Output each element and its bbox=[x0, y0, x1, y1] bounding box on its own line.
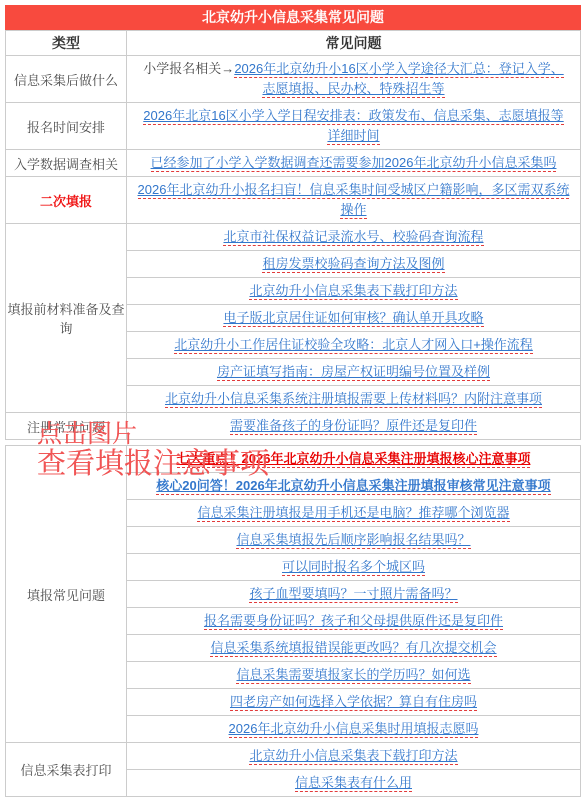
question-link[interactable]: 2026年北京幼升小报名扫盲！信息采集时间受城区户籍影响，多区需双系统操作 bbox=[138, 182, 570, 219]
question-link[interactable]: 信息采集表有什么用 bbox=[295, 775, 412, 792]
category-cell: 二次填报 bbox=[6, 177, 127, 224]
faq-table-upper: 类型 常见问题 信息采集后做什么小学报名相关→2026年北京幼升小16区小学入学… bbox=[5, 30, 581, 440]
question-link[interactable]: 北京幼升小信息采集系统注册填报需要上传材料吗？内附注意事项 bbox=[165, 391, 542, 408]
question-cell: 租房发票校验码查询方法及图例 bbox=[127, 251, 581, 278]
column-header-type: 类型 bbox=[6, 31, 127, 56]
question-cell: 2026年北京幼升小报名扫盲！信息采集时间受城区户籍影响，多区需双系统操作 bbox=[127, 177, 581, 224]
question-link[interactable]: 信息采集系统填报错误能更改吗？有几次提交机会 bbox=[210, 640, 496, 657]
faq-row: 入学数据调查相关已经参加了小学入学数据调查还需要参加2026年北京幼升小信息采集… bbox=[6, 150, 581, 177]
question-link[interactable]: 信息采集需要填报家长的学历吗？如何选 bbox=[236, 667, 470, 684]
question-link[interactable]: 北京市社保权益记录流水号、校验码查询流程 bbox=[223, 229, 483, 246]
question-cell: 北京幼升小工作居住证校验全攻略：北京人才网入口+操作流程 bbox=[127, 332, 581, 359]
question-cell: 2026年北京幼升小信息采集时用填报志愿吗 bbox=[127, 716, 581, 743]
question-cell: 报名需要身份证吗？孩子和父母提供原件还是复印件 bbox=[127, 608, 581, 635]
question-cell: 七大重点！2026年北京幼升小信息采集注册填报核心注意事项 bbox=[127, 446, 581, 473]
question-link[interactable]: 信息采集填报先后顺序影响报名结果吗？ bbox=[236, 532, 470, 549]
question-prefix: 小学报名相关→ bbox=[143, 61, 234, 76]
question-cell: 信息采集填报先后顺序影响报名结果吗？ bbox=[127, 527, 581, 554]
question-cell: 需要准备孩子的身份证吗？原件还是复印件 bbox=[127, 413, 581, 440]
faq-row: 信息采集表打印北京幼升小信息采集表下载打印方法 bbox=[6, 743, 581, 770]
question-cell: 信息采集表有什么用 bbox=[127, 770, 581, 797]
question-cell: 北京幼升小信息采集表下载打印方法 bbox=[127, 278, 581, 305]
question-link[interactable]: 2026年北京16区小学入学日程安排表：政策发布、信息采集、志愿填报等详细时间 bbox=[143, 108, 563, 145]
question-cell: 可以同时报名多个城区吗 bbox=[127, 554, 581, 581]
question-link[interactable]: 房产证填写指南：房屋产权证明编号位置及样例 bbox=[217, 364, 490, 381]
faq-table-body-lower: 填报常见问题七大重点！2026年北京幼升小信息采集注册填报核心注意事项核心20问… bbox=[6, 446, 581, 797]
faq-row: 报名时间安排2026年北京16区小学入学日程安排表：政策发布、信息采集、志愿填报… bbox=[6, 103, 581, 150]
header-row: 类型 常见问题 bbox=[6, 31, 581, 56]
question-link[interactable]: 七大重点！2026年北京幼升小信息采集注册填报核心注意事项 bbox=[177, 451, 531, 468]
question-cell: 孩子血型要填吗？一寸照片需备吗？ bbox=[127, 581, 581, 608]
question-cell: 信息采集注册填报是用手机还是电脑？推荐哪个浏览器 bbox=[127, 500, 581, 527]
question-cell: 2026年北京16区小学入学日程安排表：政策发布、信息采集、志愿填报等详细时间 bbox=[127, 103, 581, 150]
question-link[interactable]: 已经参加了小学入学数据调查还需要参加2026年北京幼升小信息采集吗 bbox=[151, 155, 557, 172]
faq-table-lower: 填报常见问题七大重点！2026年北京幼升小信息采集注册填报核心注意事项核心20问… bbox=[5, 445, 581, 797]
question-link[interactable]: 北京幼升小工作居住证校验全攻略：北京人才网入口+操作流程 bbox=[174, 337, 533, 354]
question-link[interactable]: 报名需要身份证吗？孩子和父母提供原件还是复印件 bbox=[204, 613, 503, 630]
question-link[interactable]: 需要准备孩子的身份证吗？原件还是复印件 bbox=[230, 418, 477, 435]
question-link[interactable]: 四老房产如何选择入学依据？算自有住房吗 bbox=[230, 694, 477, 711]
question-link[interactable]: 电子版北京居住证如何审核？确认单开具攻略 bbox=[223, 310, 483, 327]
question-cell: 房产证填写指南：房屋产权证明编号位置及样例 bbox=[127, 359, 581, 386]
question-cell: 电子版北京居住证如何审核？确认单开具攻略 bbox=[127, 305, 581, 332]
column-header-question: 常见问题 bbox=[127, 31, 581, 56]
category-cell: 填报前材料准备及查询 bbox=[6, 224, 127, 413]
question-link[interactable]: 北京幼升小信息采集表下载打印方法 bbox=[249, 283, 457, 300]
category-cell: 注册常见问题 bbox=[6, 413, 127, 440]
category-cell: 信息采集表打印 bbox=[6, 743, 127, 797]
category-cell: 填报常见问题 bbox=[6, 446, 127, 743]
faq-row: 注册常见问题需要准备孩子的身份证吗？原件还是复印件 bbox=[6, 413, 581, 440]
question-link[interactable]: 信息采集注册填报是用手机还是电脑？推荐哪个浏览器 bbox=[197, 505, 509, 522]
question-link[interactable]: 北京幼升小信息采集表下载打印方法 bbox=[249, 748, 457, 765]
question-cell: 北京幼升小信息采集系统注册填报需要上传材料吗？内附注意事项 bbox=[127, 386, 581, 413]
faq-row: 填报前材料准备及查询北京市社保权益记录流水号、校验码查询流程 bbox=[6, 224, 581, 251]
faq-table-header: 类型 常见问题 bbox=[6, 31, 581, 56]
question-link[interactable]: 租房发票校验码查询方法及图例 bbox=[262, 256, 444, 273]
faq-row: 二次填报2026年北京幼升小报名扫盲！信息采集时间受城区户籍影响，多区需双系统操… bbox=[6, 177, 581, 224]
faq-row: 填报常见问题七大重点！2026年北京幼升小信息采集注册填报核心注意事项 bbox=[6, 446, 581, 473]
question-cell: 四老房产如何选择入学依据？算自有住房吗 bbox=[127, 689, 581, 716]
question-link[interactable]: 核心20问答！2026年北京幼升小信息采集注册填报审核常见注意事项 bbox=[156, 478, 550, 495]
category-cell: 入学数据调查相关 bbox=[6, 150, 127, 177]
question-cell: 信息采集系统填报错误能更改吗？有几次提交机会 bbox=[127, 635, 581, 662]
category-cell: 信息采集后做什么 bbox=[6, 56, 127, 103]
question-link[interactable]: 2026年北京幼升小16区小学入学途径大汇总：登记入学、志愿填报、民办校、特殊招… bbox=[234, 61, 563, 98]
question-cell: 信息采集需要填报家长的学历吗？如何选 bbox=[127, 662, 581, 689]
question-cell: 小学报名相关→2026年北京幼升小16区小学入学途径大汇总：登记入学、志愿填报、… bbox=[127, 56, 581, 103]
question-link[interactable]: 2026年北京幼升小信息采集时用填报志愿吗 bbox=[229, 721, 479, 738]
question-link[interactable]: 孩子血型要填吗？一寸照片需备吗？ bbox=[249, 586, 457, 603]
question-cell: 核心20问答！2026年北京幼升小信息采集注册填报审核常见注意事项 bbox=[127, 473, 581, 500]
question-link[interactable]: 可以同时报名多个城区吗 bbox=[282, 559, 425, 576]
question-cell: 已经参加了小学入学数据调查还需要参加2026年北京幼升小信息采集吗 bbox=[127, 150, 581, 177]
category-cell: 报名时间安排 bbox=[6, 103, 127, 150]
question-cell: 北京幼升小信息采集表下载打印方法 bbox=[127, 743, 581, 770]
faq-row: 信息采集后做什么小学报名相关→2026年北京幼升小16区小学入学途径大汇总：登记… bbox=[6, 56, 581, 103]
faq-page: 北京幼升小信息采集常见问题 类型 常见问题 信息采集后做什么小学报名相关→202… bbox=[0, 0, 586, 738]
question-cell: 北京市社保权益记录流水号、校验码查询流程 bbox=[127, 224, 581, 251]
faq-table-body-upper: 信息采集后做什么小学报名相关→2026年北京幼升小16区小学入学途径大汇总：登记… bbox=[6, 56, 581, 440]
page-title: 北京幼升小信息采集常见问题 bbox=[5, 5, 581, 30]
